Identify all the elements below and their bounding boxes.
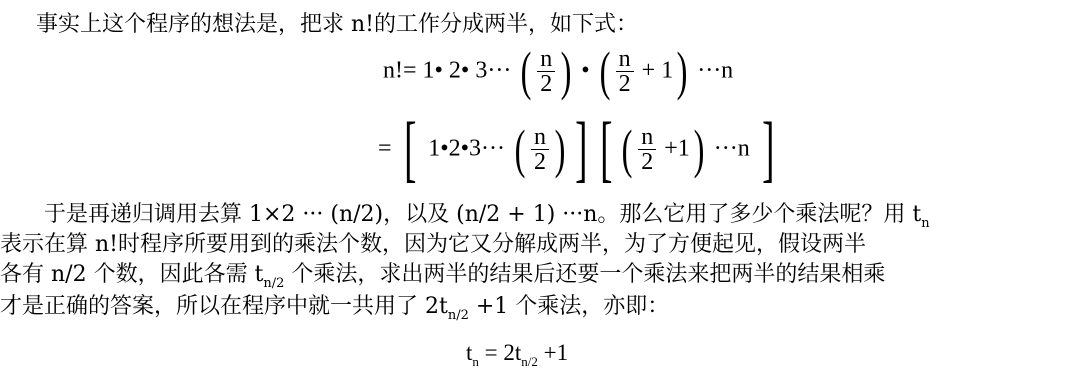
paragraph-line-4: 才是正确的答案，所以在程序中就一共用了 2tn/2 +1 个乘法，亦即： <box>0 294 669 329</box>
fraction: n2 <box>537 47 555 96</box>
recurrence-equation: tn = 2tn/2 +1 <box>466 340 568 370</box>
intro-line: 事实上这个程序的想法是，把求 n!的工作分成两半，如下式： <box>36 12 638 38</box>
fraction: n2 <box>638 125 656 174</box>
equation-1: n!= 1• 2• 3··· (n2) • (n2 + 1) ···n <box>383 44 733 98</box>
fraction: n2 <box>616 47 634 96</box>
fraction: n2 <box>531 125 549 174</box>
equation-2: = [ 1•2•3··· (n2)][(n2 +1) ···n ] <box>378 112 780 186</box>
paragraph-line-3: 各有 n/2 个数，因此各需 tn/2 个乘法，求出两半的结果后还要一个乘法来把… <box>0 262 885 297</box>
paragraph-line-2: 表示在算 n!时程序所要用到的乘法个数，因为它又分解成两半，为了方便起见，假设两… <box>0 232 866 258</box>
